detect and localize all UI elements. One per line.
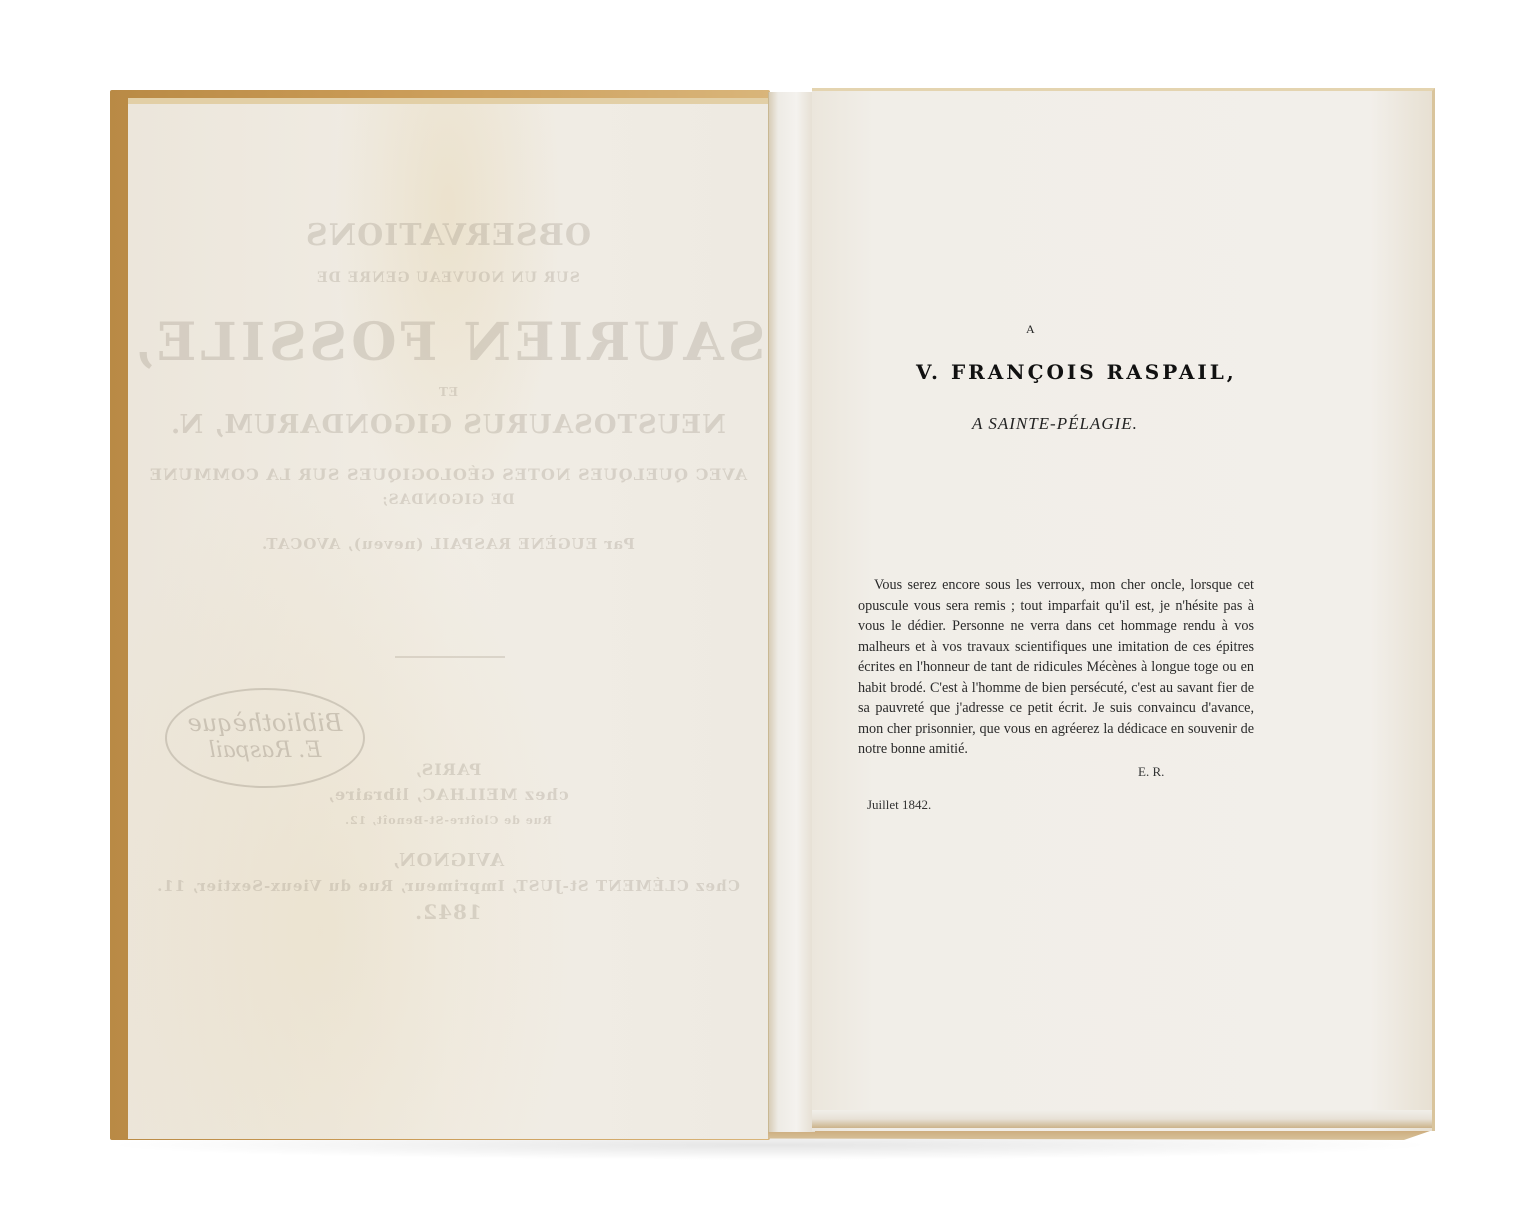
show-through-main-title: SAURIEN FOSSILE, bbox=[128, 312, 768, 373]
show-through-street: Rue de Cloître-St-Benoît, 12. bbox=[128, 814, 768, 827]
show-through-printer: Chez CLÉMENT St-JUST, Imprimeur, Rue du … bbox=[128, 877, 768, 895]
book-gutter bbox=[768, 92, 815, 1132]
date-line: Juillet 1842. bbox=[867, 797, 931, 813]
right-page-stack bbox=[812, 1110, 1432, 1128]
signature: E. R. bbox=[1138, 764, 1164, 780]
show-through-year: 1842. bbox=[128, 900, 768, 924]
left-page bbox=[128, 98, 768, 1139]
stamp-line-1: Bibliothèque bbox=[167, 708, 363, 738]
library-stamp: Bibliothèque E. Raspail bbox=[165, 688, 365, 788]
show-through-species: NEUSTOSAURUS GIGONDARUM, N. bbox=[128, 410, 768, 440]
show-through-title: OBSERVATIONS bbox=[128, 218, 768, 253]
show-through-author: Par EUGÈNE RASPAIL (neveu), AVOCAT. bbox=[128, 535, 768, 553]
show-through-avec: AVEC QUELQUES NOTES GÉOLOGIQUES SUR LA C… bbox=[128, 465, 768, 484]
dedication-a: A bbox=[1026, 322, 1036, 337]
dedicatee-location: A SAINTE-PÉLAGIE. bbox=[972, 414, 1138, 434]
show-through-rule bbox=[395, 656, 505, 658]
dedicatee-name: V. FRANÇOIS RASPAIL, bbox=[916, 360, 1237, 384]
show-through-avignon: AVIGNON, bbox=[128, 850, 768, 871]
show-through-et: ET bbox=[128, 385, 768, 399]
dedication-body: Vous serez encore sous les verroux, mon … bbox=[858, 575, 1254, 760]
show-through-de: DE GIGONDAS; bbox=[128, 492, 768, 508]
show-through-publisher: chez MEILHAC, libraire, bbox=[128, 785, 768, 804]
show-through-subtitle: SUR UN NOUVEAU GENRE DE bbox=[128, 270, 768, 286]
open-book: OBSERVATIONS SUR UN NOUVEAU GENRE DE SAU… bbox=[0, 0, 1524, 1216]
stamp-line-2: E. Raspail bbox=[167, 738, 363, 764]
